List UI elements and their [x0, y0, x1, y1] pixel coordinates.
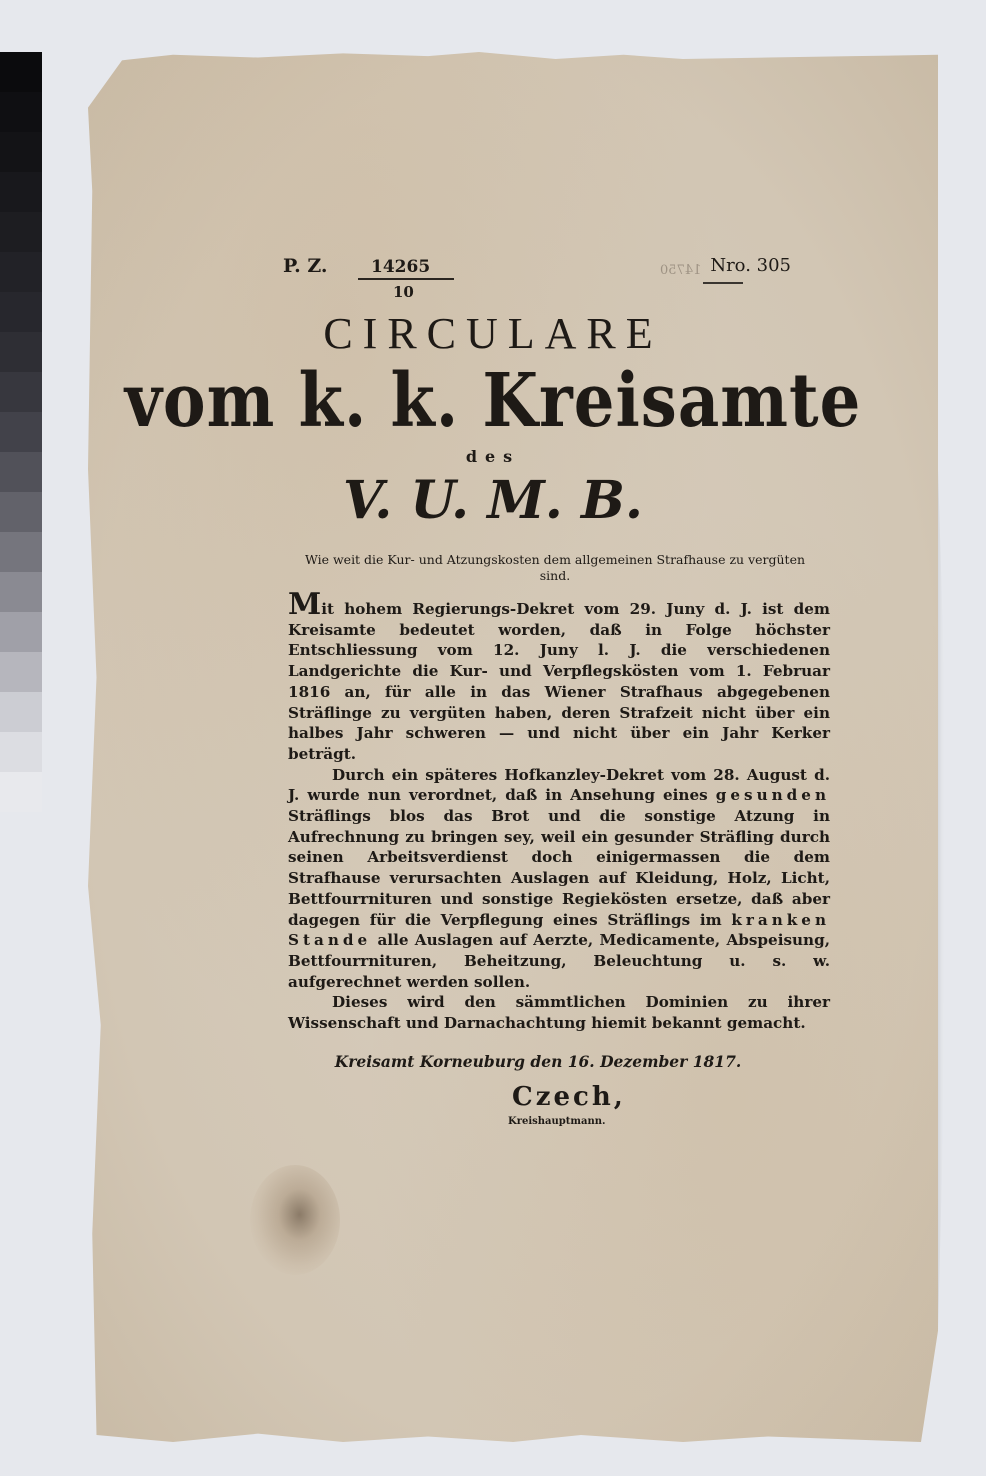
- reference-header: P. Z. 14265 10 14750 Nro. 305: [283, 255, 791, 305]
- drop-cap: M: [288, 587, 321, 622]
- signature-title: Kreishauptmann.: [508, 1116, 605, 1127]
- ink-stain: [250, 1165, 340, 1275]
- emphasis-gesunden: gesunden: [716, 786, 830, 804]
- paragraph-1: Mit hohem Regierungs-Dekret vom 29. Juny…: [288, 595, 830, 765]
- paragraph-2: Durch ein späteres Hofkanzley-Dekret vom…: [288, 765, 830, 993]
- gray-step: [0, 692, 42, 732]
- gray-step: [0, 252, 42, 292]
- signature-name: Czech,: [512, 1082, 626, 1112]
- gray-step: [0, 52, 42, 92]
- gray-step: [0, 212, 42, 252]
- place-and-date: Kreisamt Korneuburg den 16. Dezember 181…: [0, 1052, 986, 1071]
- gray-step: [0, 532, 42, 572]
- fraction-line: [358, 278, 454, 280]
- gray-step: [0, 732, 42, 772]
- pz-number: 14265: [371, 257, 430, 277]
- nro-underline: [703, 282, 743, 284]
- paragraph-1-text: it hohem Regierungs-Dekret vom 29. Juny …: [288, 600, 830, 763]
- gray-step: [0, 612, 42, 652]
- document-body: Mit hohem Regierungs-Dekret vom 29. Juny…: [288, 595, 830, 1034]
- gray-step: [0, 92, 42, 132]
- gray-step: [0, 572, 42, 612]
- faint-stamp-number: 14750: [660, 263, 701, 278]
- gray-step: [0, 172, 42, 212]
- title-des: des: [0, 447, 986, 466]
- paragraph-3: Dieses wird den sämmtlichen Dominien zu …: [288, 992, 830, 1033]
- gray-step: [0, 132, 42, 172]
- gray-step: [0, 772, 42, 812]
- title-region: V. U. M. B.: [0, 470, 986, 531]
- title-kreisamte: vom k. k. Kreisamte: [0, 358, 986, 444]
- pz-label: P. Z.: [283, 255, 328, 277]
- nro-number: Nro. 305: [710, 255, 791, 276]
- title-circulare: CIRCULARE: [0, 308, 986, 359]
- subject-line: Wie weit die Kur- und Atzungskosten dem …: [290, 552, 820, 584]
- gray-step: [0, 652, 42, 692]
- pz-denominator: 10: [393, 283, 414, 301]
